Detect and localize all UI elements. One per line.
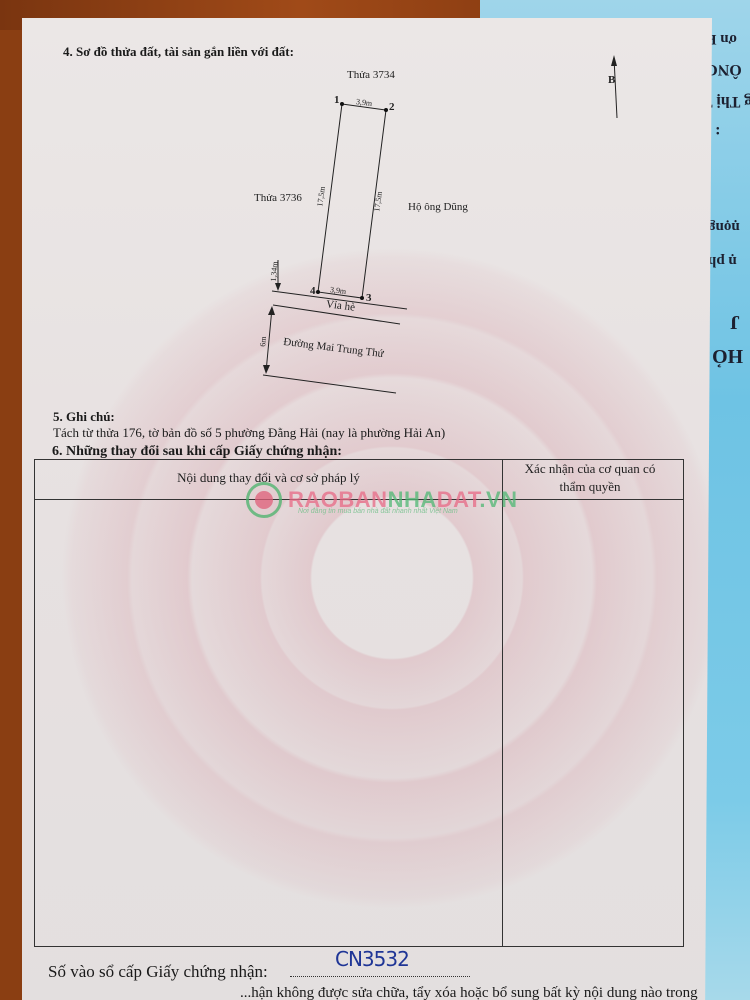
- section-6-title: 6. Những thay đổi sau khi cấp Giấy chứng…: [52, 444, 342, 460]
- point-3: 3: [366, 292, 372, 304]
- dim-bottom-edge: 3,9m: [330, 285, 347, 296]
- changes-table: Nội dung thay đổi và cơ sở pháp lý Xác n…: [34, 459, 684, 947]
- point-2: 2: [389, 101, 395, 113]
- point-1: 1: [334, 94, 340, 106]
- plot-west-label: Thửa 3736: [254, 192, 302, 204]
- point-4: 4: [310, 285, 316, 297]
- register-label: Số vào sổ cấp Giấy chứng nhận:: [48, 962, 268, 982]
- dim-setback: 1,34m: [269, 261, 280, 282]
- footer-note: ...hận không được sửa chữa, tẩy xóa hoặc…: [240, 985, 698, 1000]
- section-5-title: 5. Ghi chú:: [53, 409, 115, 425]
- plot-north-label: Thửa 3734: [347, 69, 395, 81]
- column-header-confirmation: Xác nhận của cơ quan có thẩm quyền: [515, 460, 665, 496]
- column-divider: [502, 460, 503, 946]
- register-dotted-line: [290, 976, 470, 977]
- north-arrow-icon: [611, 55, 617, 118]
- plot-east-label: Hộ ông Dũng: [408, 201, 468, 213]
- watermark-subtitle: Nơi đăng tin mua bán nhà đất nhanh nhất …: [298, 508, 458, 515]
- register-number: CN3532: [335, 947, 409, 971]
- dim-top-edge: 3,9m: [356, 97, 373, 108]
- dim-road-width: 6m: [258, 336, 268, 347]
- section-5-note: Tách từ thửa 176, tờ bản đồ số 5 phường …: [53, 425, 445, 441]
- watermark-logo-icon: [246, 482, 282, 518]
- north-label: B: [608, 74, 615, 86]
